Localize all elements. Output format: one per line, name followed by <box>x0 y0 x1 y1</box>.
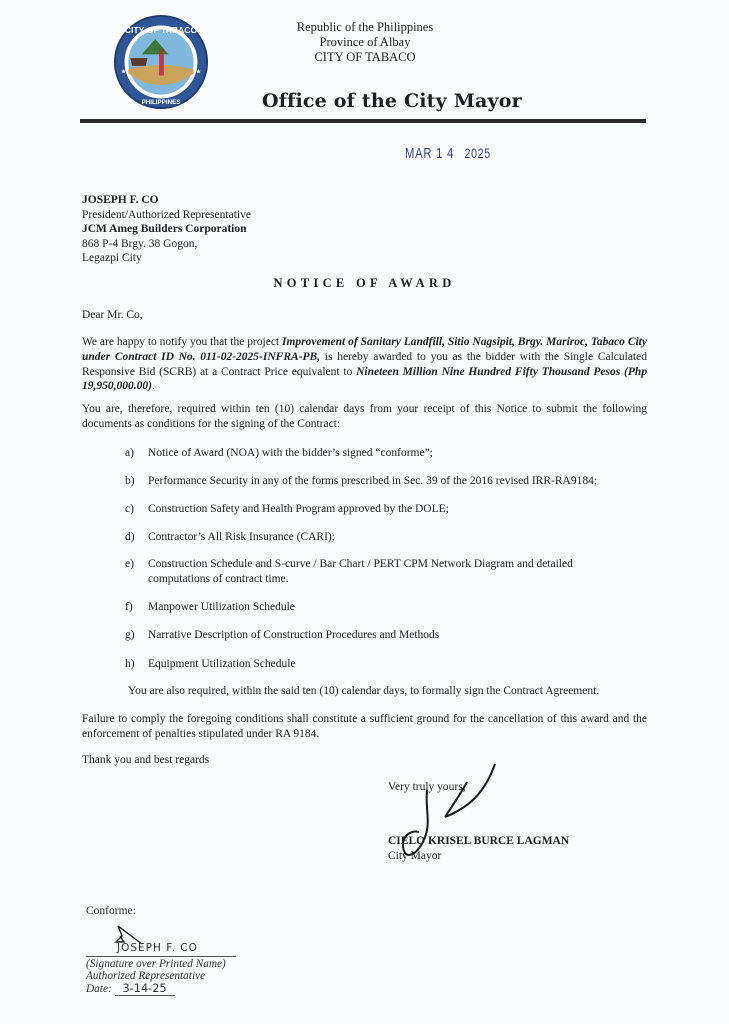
svg-text:CITY OF TABACO: CITY OF TABACO <box>125 25 198 35</box>
conforme-date: 3-14-25 <box>115 983 175 996</box>
closing-line: Thank you and best regards <box>82 753 647 768</box>
letterhead-republic: Republic of the Philippines <box>240 20 490 35</box>
contract-signing-paragraph: You are also required, within the said t… <box>128 684 648 699</box>
signatory-title: City Mayor <box>388 849 569 864</box>
requirement-text: Narrative Description of Construction Pr… <box>148 628 625 643</box>
award-paragraph: We are happy to notify you that the proj… <box>82 335 647 394</box>
requirement-item: a)Notice of Award (NOA) with the bidder’… <box>125 446 625 461</box>
salutation: Dear Mr. Co, <box>82 308 647 323</box>
addressee-company: JCM Ameg Builders Corporation <box>82 222 251 237</box>
addressee-name: JOSEPH F. CO <box>82 193 251 208</box>
svg-text:★: ★ <box>196 68 202 76</box>
requirement-key: f) <box>125 600 147 615</box>
requirement-item: b)Performance Security in any of the for… <box>125 474 625 489</box>
requirement-text: Notice of Award (NOA) with the bidder’s … <box>148 446 625 461</box>
addressee-position: President/Authorized Representative <box>82 208 251 223</box>
requirement-key: e) <box>125 557 147 572</box>
requirement-item: d)Contractor’s All Risk Insurance (CARI)… <box>125 530 625 545</box>
failure-paragraph: Failure to comply the foregoing conditio… <box>82 712 647 742</box>
svg-text:★: ★ <box>121 68 127 76</box>
city-seal-logo: CITY OF TABACO PHILIPPINES ★ ★ <box>113 14 209 110</box>
requirement-text: Equipment Utilization Schedule <box>148 657 625 672</box>
conforme-handwritten-name: JOSEPH F. CO <box>117 942 198 954</box>
conforme-label: Conforme: <box>86 905 136 917</box>
letterhead-province: Province of Albay <box>240 35 490 50</box>
requirement-text: Construction Schedule and S-curve / Bar … <box>148 557 625 587</box>
letterhead-city: CITY OF TABACO <box>240 50 490 65</box>
requirement-item: g)Narrative Description of Construction … <box>125 628 625 643</box>
requirement-key: g) <box>125 628 147 643</box>
office-title: Office of the City Mayor <box>262 90 522 112</box>
requirement-text: Contractor’s All Risk Insurance (CARI); <box>148 530 625 545</box>
received-date-stamp: MAR 1 42025 <box>405 145 491 162</box>
addressee-block: JOSEPH F. CO President/Authorized Repres… <box>82 193 251 266</box>
document-title: NOTICE OF AWARD <box>0 276 729 291</box>
addressee-address-2: Legazpi City <box>82 251 251 266</box>
conforme-captions: (Signature over Printed Name) Authorized… <box>86 958 226 996</box>
requirement-item: h)Equipment Utilization Schedule <box>125 657 625 672</box>
requirement-key: c) <box>125 502 147 517</box>
requirement-item: f)Manpower Utilization Schedule <box>125 600 625 615</box>
addressee-address-1: 868 P-4 Brgy. 38 Gogon, <box>82 237 251 252</box>
signatory-block: CIELO KRISEL BURCE LAGMAN City Mayor <box>388 834 569 864</box>
requirement-text: Manpower Utilization Schedule <box>148 600 625 615</box>
requirement-text: Performance Security in any of the forms… <box>148 474 625 489</box>
header-divider <box>80 119 646 123</box>
conforme-signature-line <box>86 956 236 957</box>
requirement-key: h) <box>125 657 147 672</box>
requirement-text: Construction Safety and Health Program a… <box>148 502 625 517</box>
requirement-item: e)Construction Schedule and S-curve / Ba… <box>125 557 625 587</box>
requirement-key: d) <box>125 530 147 545</box>
requirements-intro: You are, therefore, required within ten … <box>82 402 647 432</box>
signatory-name: CIELO KRISEL BURCE LAGMAN <box>388 834 569 849</box>
requirement-key: b) <box>125 474 147 489</box>
requirement-item: c)Construction Safety and Health Program… <box>125 502 625 517</box>
svg-text:PHILIPPINES: PHILIPPINES <box>142 99 181 106</box>
requirement-key: a) <box>125 446 147 461</box>
